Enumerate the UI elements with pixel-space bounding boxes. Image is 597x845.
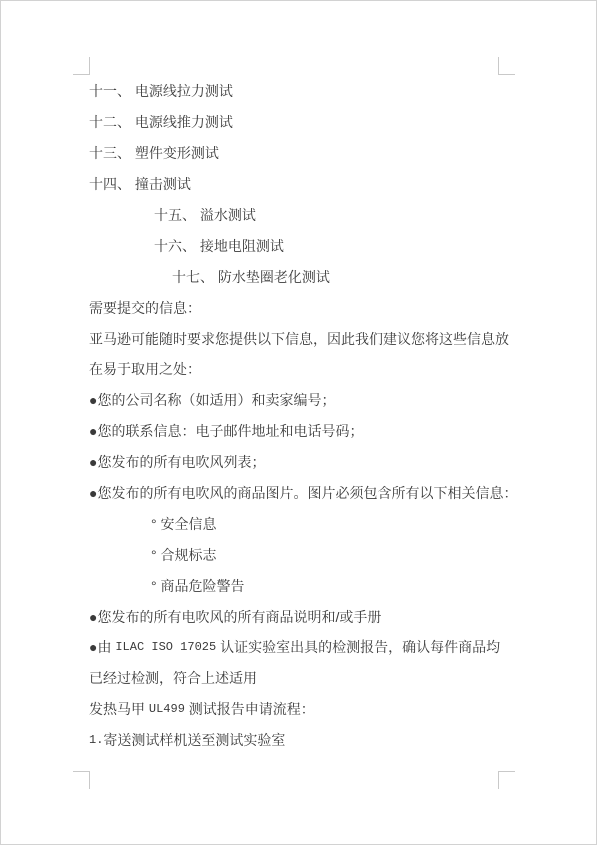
bullet-manuals: ●您发布的所有电吹风的所有商品说明和/或手册: [89, 601, 519, 632]
bullet-hair-dryer-list: ●您发布的所有电吹风列表；: [89, 447, 519, 478]
list-item-11: 十一、 电源线拉力测试: [89, 76, 519, 107]
list-item-12: 十二、 电源线推力测试: [89, 107, 519, 138]
sub-bullet-safety-info: ° 安全信息: [151, 508, 519, 539]
list-item-17: 十七、 防水垫圈老化测试: [172, 261, 519, 292]
sub-bullet-hazard-warning: ° 商品危险警告: [151, 570, 519, 601]
heading-ul499-suffix: 测试报告申请流程：: [185, 699, 315, 719]
step-1-number: 1.: [89, 733, 103, 747]
heading-ul499-prefix: 发热马甲: [89, 699, 149, 719]
crop-mark-top-left: [73, 57, 90, 75]
sub-bullet-compliance-mark: ° 合规标志: [151, 539, 519, 570]
heading-ul499-process: 发热马甲 UL499 测试报告申请流程：: [89, 694, 519, 725]
list-item-15: 十五、 溢水测试: [154, 200, 519, 231]
list-item-14: 十四、 撞击测试: [89, 169, 519, 200]
bullet-company-name: ●您的公司名称（如适用）和卖家编号；: [89, 385, 519, 416]
document-page: 十一、 电源线拉力测试 十二、 电源线推力测试 十三、 塑件变形测试 十四、 撞…: [0, 0, 597, 845]
crop-mark-bottom-right: [498, 771, 515, 789]
document-body: 十一、 电源线拉力测试 十二、 电源线推力测试 十三、 塑件变形测试 十四、 撞…: [89, 76, 519, 756]
bullet-test-report-prefix: ●由: [89, 637, 115, 657]
bullet-test-report-line-1: ●由 ILAC ISO 17025 认证实验室出具的检测报告，确认每件商品均: [89, 632, 519, 663]
heading-required-info: 需要提交的信息：: [89, 292, 519, 323]
crop-mark-top-right: [498, 57, 515, 75]
bullet-test-report-line-2: 已经过检测，符合上述适用: [89, 663, 519, 694]
para-amazon-request-line-2: 在易于取用之处：: [89, 354, 519, 385]
step-1-text: 寄送测试样机送至测试实验室: [103, 730, 285, 750]
process-step-1: 1.寄送测试样机送至测试实验室: [89, 725, 519, 756]
bullet-contact-info: ●您的联系信息：电子邮件地址和电话号码；: [89, 416, 519, 447]
crop-mark-bottom-left: [73, 771, 90, 789]
list-item-16: 十六、 接地电阻测试: [154, 230, 519, 261]
bullet-test-report-suffix: 认证实验室出具的检测报告，确认每件商品均: [216, 637, 500, 657]
para-amazon-request-line-1: 亚马逊可能随时要求您提供以下信息，因此我们建议您将这些信息放: [89, 323, 519, 354]
ilac-iso-code: ILAC ISO 17025: [115, 640, 216, 654]
ul499-code: UL499: [149, 702, 185, 716]
list-item-13: 十三、 塑件变形测试: [89, 138, 519, 169]
bullet-product-images: ●您发布的所有电吹风的商品图片。图片必须包含所有以下相关信息：: [89, 478, 519, 509]
